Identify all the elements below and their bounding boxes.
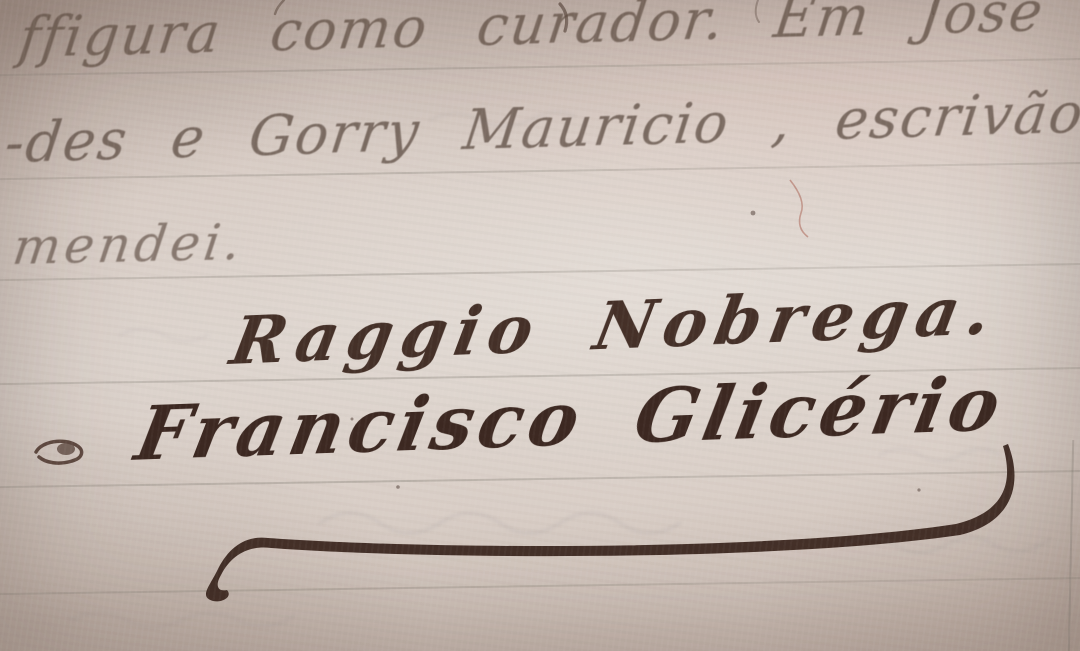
handwritten-line-1: ffigura como curador. Em José Gue: [16, 0, 1080, 66]
ruled-line: [0, 577, 1080, 596]
red-fiber-scratch: [790, 180, 808, 237]
manuscript-page-photo: ffigura como curador. Em José Gue -des e…: [0, 0, 1080, 651]
signature-raggio-nobrega: Raggio Nobrega.: [226, 277, 1005, 374]
handwritten-line-2: -des e Gorry Mauricio , escrivão de Cap: [2, 78, 1080, 171]
ink-blot: [36, 441, 82, 463]
signature-francisco-glicerio: Francisco Glicério: [130, 367, 1011, 472]
handwritten-line-3: mendei.: [10, 217, 248, 272]
